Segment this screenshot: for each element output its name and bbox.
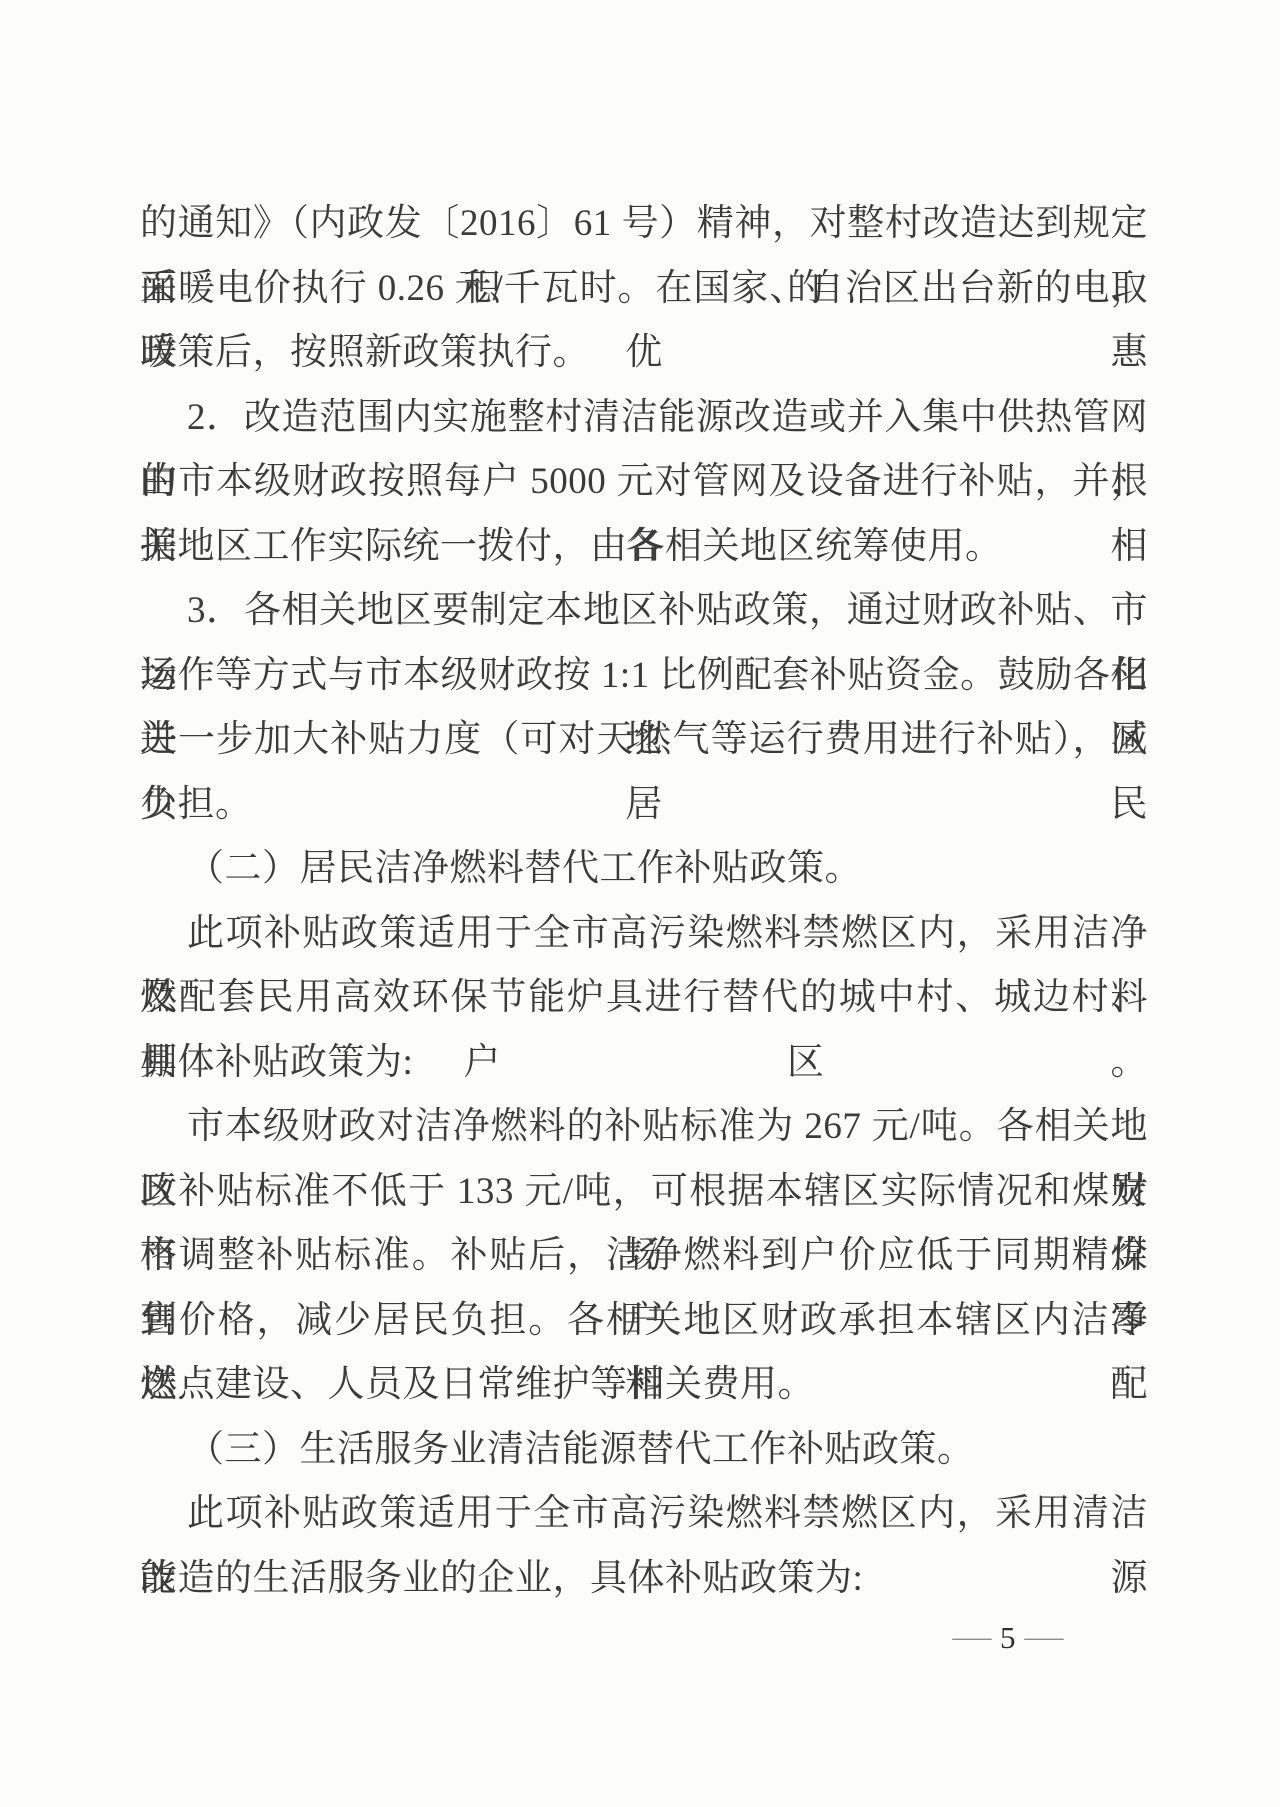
text-line: 运作等方式与市本级财政按 1:1 比例配套补贴资金。鼓励各相关地区 bbox=[140, 644, 1148, 709]
text-line: 2．改造范围内实施整村清洁能源改造或并入集中供热管网的， bbox=[140, 386, 1148, 451]
text-line: 由市本级财政按照每户 5000 元对管网及设备进行补贴，并根据各相 bbox=[140, 450, 1148, 515]
text-line: 及配套民用高效环保节能炉具进行替代的城中村、城边村、棚户区。 bbox=[140, 966, 1148, 1031]
document-body: 的通知》（内政发〔2016〕61 号）精神，对整村改造达到规定面积的， 采暖电价… bbox=[140, 192, 1148, 1611]
text-line: 此项补贴政策适用于全市高污染燃料禁燃区内，采用洁净燃料 bbox=[140, 902, 1148, 967]
document-page: 的通知》（内政发〔2016〕61 号）精神，对整村改造达到规定面积的， 采暖电价… bbox=[0, 0, 1280, 1807]
text-line: 此项补贴政策适用于全市高污染燃料禁燃区内，采用清洁能源 bbox=[140, 1482, 1148, 1547]
section-heading: （二）居民洁净燃料替代工作补贴政策。 bbox=[140, 837, 1148, 902]
text-line: 格调整补贴标准。补贴后，洁净燃料到户价应低于同期精煤到户零 bbox=[140, 1224, 1148, 1289]
text-line: 3．各相关地区要制定本地区补贴政策，通过财政补贴、市场化 bbox=[140, 579, 1148, 644]
section-heading: （三）生活服务业清洁能源替代工作补贴政策。 bbox=[140, 1418, 1148, 1483]
text-line: 的通知》（内政发〔2016〕61 号）精神，对整村改造达到规定面积的， bbox=[140, 192, 1148, 257]
text-line: 政补贴标准不低于 133 元/吨，可根据本辖区实际情况和煤炭市场价 bbox=[140, 1160, 1148, 1225]
text-line: 关地区工作实际统一拨付，由各相关地区统筹使用。 bbox=[140, 515, 1148, 580]
text-line: 售价格，减少居民负担。各相关地区财政承担本辖区内洁净燃料配 bbox=[140, 1289, 1148, 1354]
page-number: — 5 — bbox=[958, 1620, 1058, 1656]
page-number-dash-right: — bbox=[1024, 1622, 1063, 1654]
text-line: 采暖电价执行 0.26 元/千瓦时。在国家、自治区出台新的电取暖优惠 bbox=[140, 257, 1148, 322]
text-line: 市本级财政对洁净燃料的补贴标准为 267 元/吨。各相关地区财 bbox=[140, 1095, 1148, 1160]
page-number-dash-left: — bbox=[952, 1622, 991, 1654]
page-number-value: 5 bbox=[1000, 1620, 1016, 1656]
text-line: 进一步加大补贴力度（可对天然气等运行费用进行补贴），减少居民 bbox=[140, 708, 1148, 773]
